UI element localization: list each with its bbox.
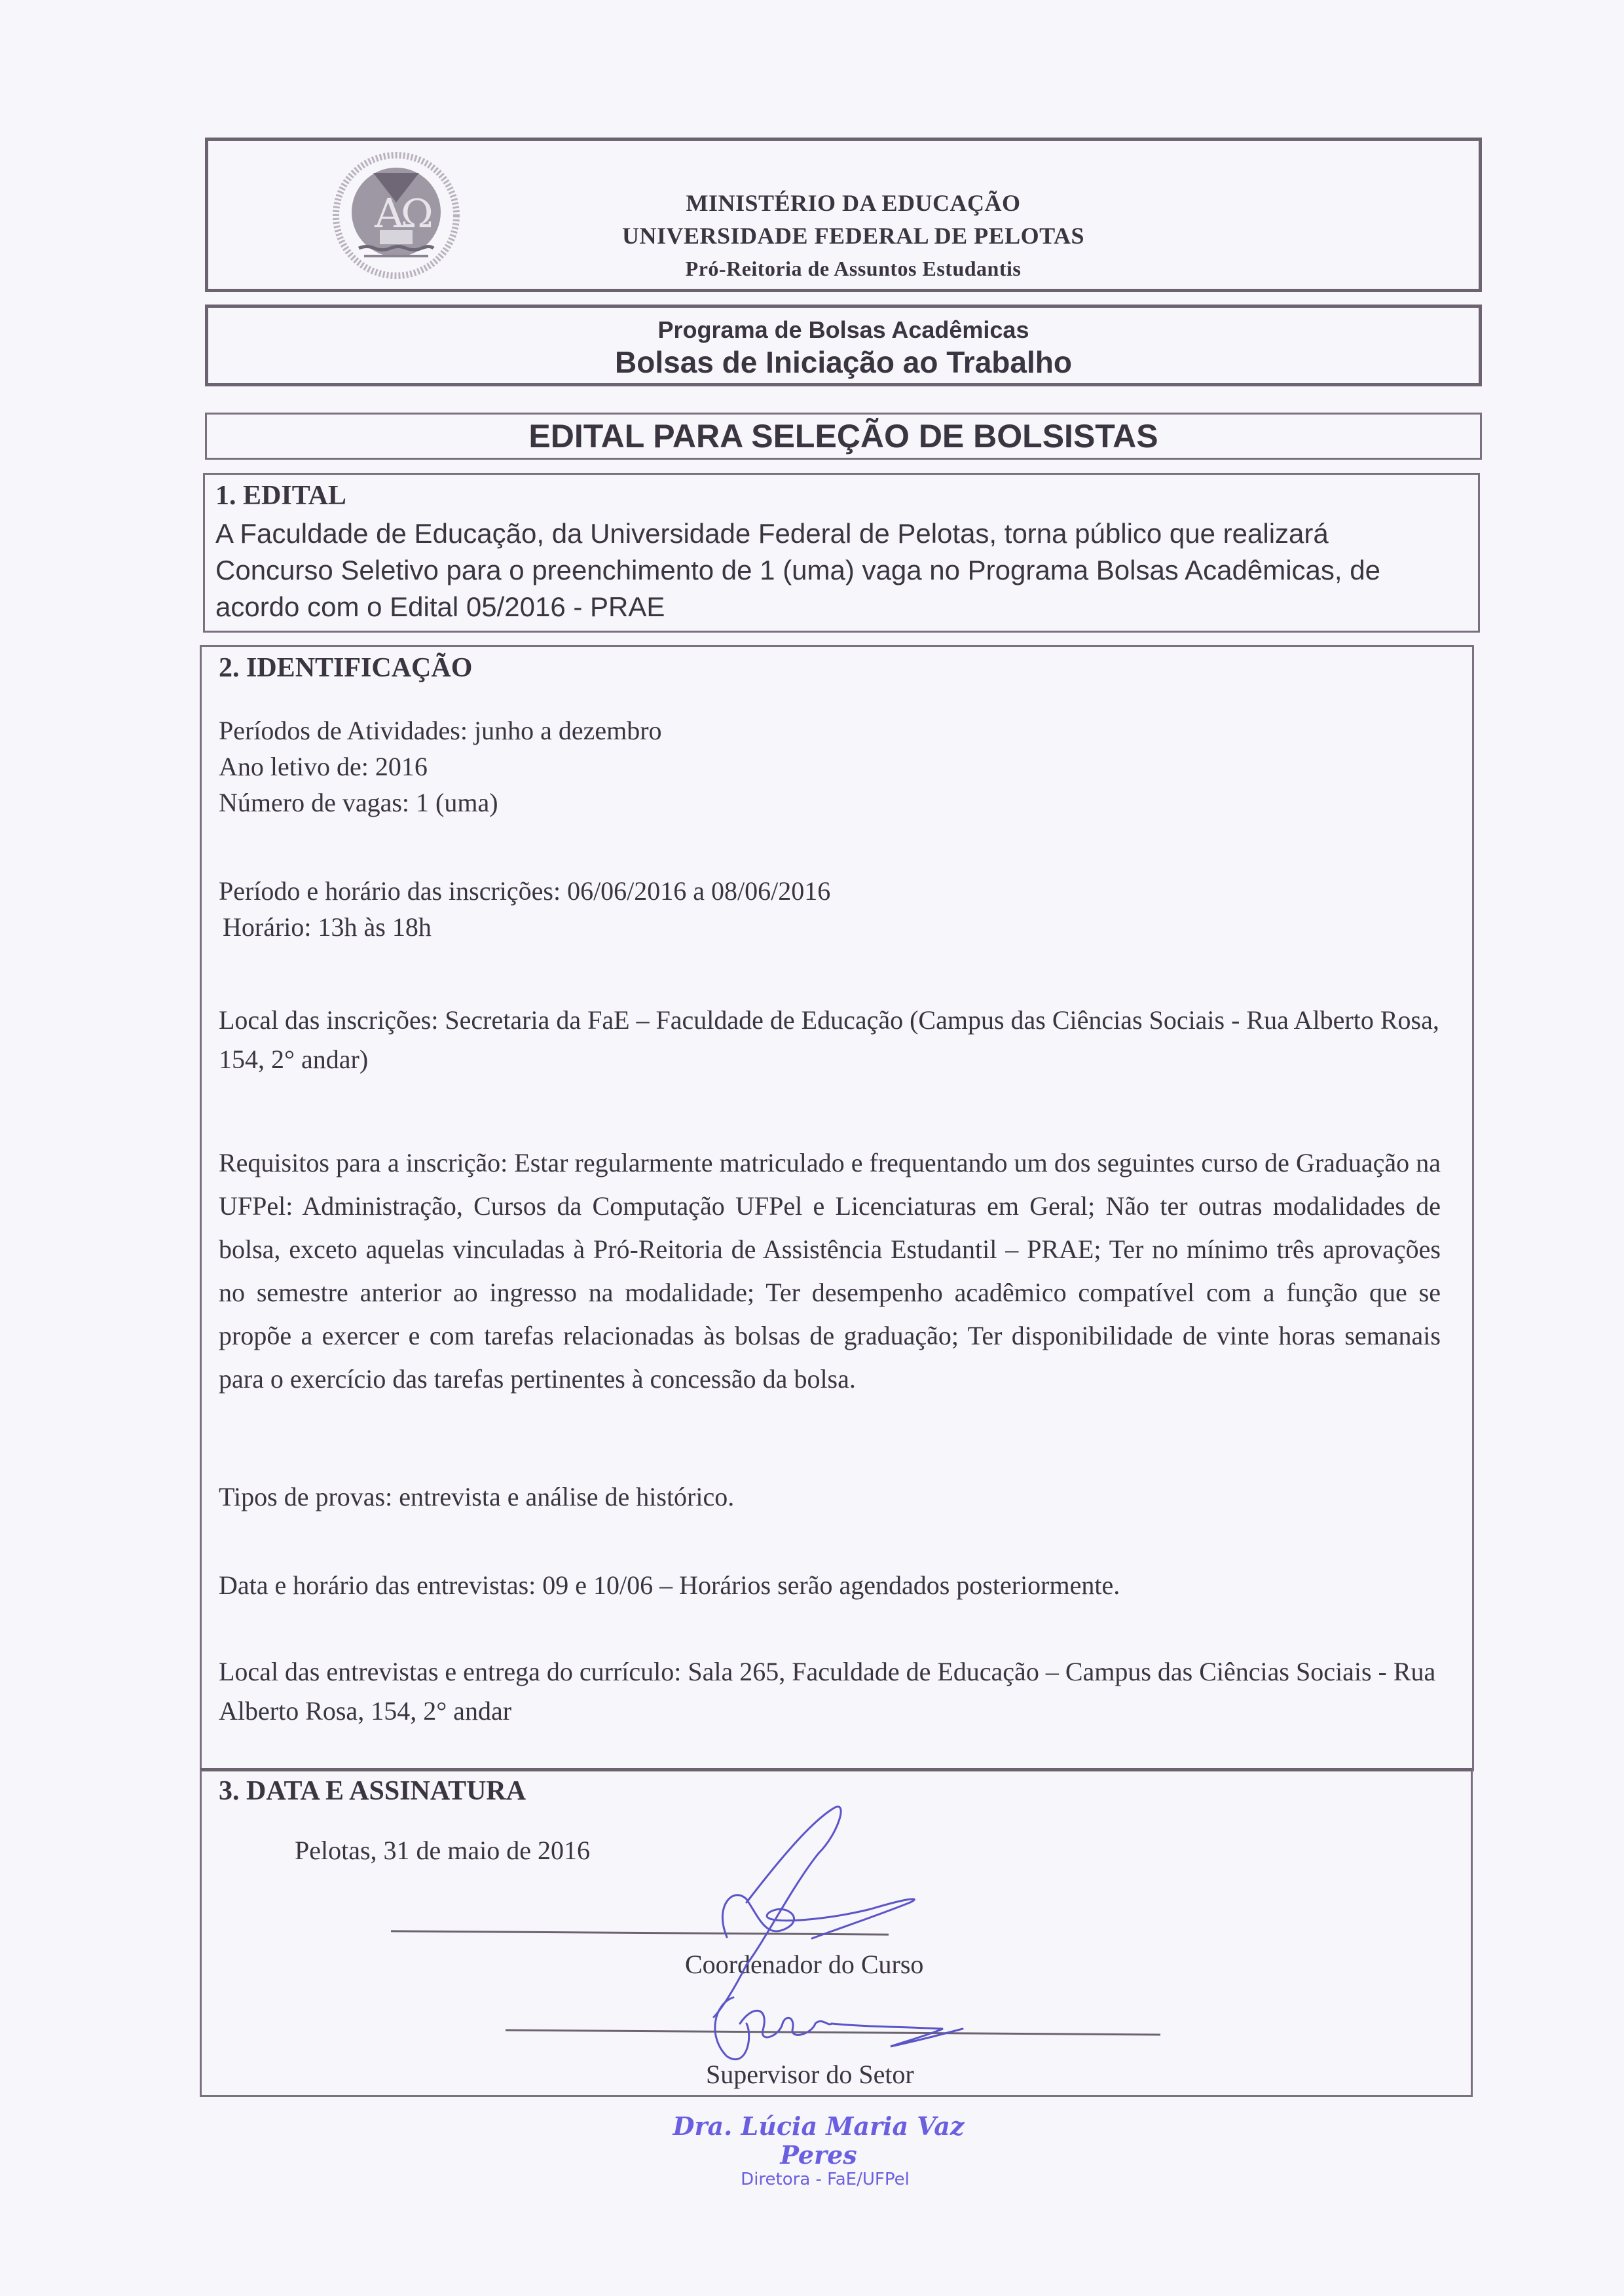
exam-types: Tipos de provas: entrevista e análise de… — [219, 1475, 1441, 1519]
supervisor-label: Supervisor do Setor — [706, 2053, 1439, 2096]
interview-location: Local das entrevistas e entrega do currí… — [219, 1652, 1441, 1731]
section-body: A Faculdade de Educação, da Universidade… — [215, 515, 1439, 625]
document-title: EDITAL PARA SELEÇÃO DE BOLSISTAS — [205, 413, 1482, 460]
department-name: Pró-Reitoria de Assuntos Estudantis — [228, 252, 1479, 285]
stamp-role: Diretora - FaE/UFPel — [668, 2170, 982, 2189]
section-identificacao: 2. IDENTIFICAÇÃO Períodos de Atividades:… — [200, 645, 1474, 1771]
director-stamp: Dra. Lúcia Maria Vaz Peres Diretora - Fa… — [655, 2112, 982, 2189]
vacancy-count: Número de vagas: 1 (uma) — [219, 781, 1441, 824]
section-heading: 2. IDENTIFICAÇÃO — [219, 652, 472, 684]
stamp-name: Dra. Lúcia Maria Vaz Peres — [655, 2112, 982, 2170]
university-name: UNIVERSIDADE FEDERAL DE PELOTAS — [228, 219, 1479, 252]
section-heading: 1. EDITAL — [215, 480, 346, 511]
interview-dates: Data e horário das entrevistas: 09 e 10/… — [219, 1564, 1441, 1607]
section-assinatura: 3. DATA E ASSINATURA Pelotas, 31 de maio… — [200, 1768, 1473, 2097]
section-heading: 3. DATA E ASSINATURA — [219, 1775, 526, 1807]
ministry-name: MINISTÉRIO DA EDUCAÇÃO — [228, 187, 1479, 219]
institution-header: A Ω MINISTÉRIO DA EDUCAÇÃO UNIVERSIDADE … — [205, 138, 1482, 292]
signing-date: Pelotas, 31 de maio de 2016 — [295, 1829, 1439, 1872]
program-subtitle: Bolsas de Iniciação ao Trabalho — [208, 344, 1479, 380]
coordinator-label: Coordenador do Curso — [685, 1943, 1439, 1986]
registration-location: Local das inscrições: Secretaria da FaE … — [219, 1001, 1441, 1079]
program-box: Programa de Bolsas Acadêmicas Bolsas de … — [205, 305, 1482, 386]
registration-hours: Horário: 13h às 18h — [223, 906, 1441, 949]
section-edital: 1. EDITAL A Faculdade de Educação, da Un… — [203, 473, 1480, 633]
requirements: Requisitos para a inscrição: Estar regul… — [219, 1141, 1441, 1401]
program-name: Programa de Bolsas Acadêmicas — [208, 316, 1479, 344]
